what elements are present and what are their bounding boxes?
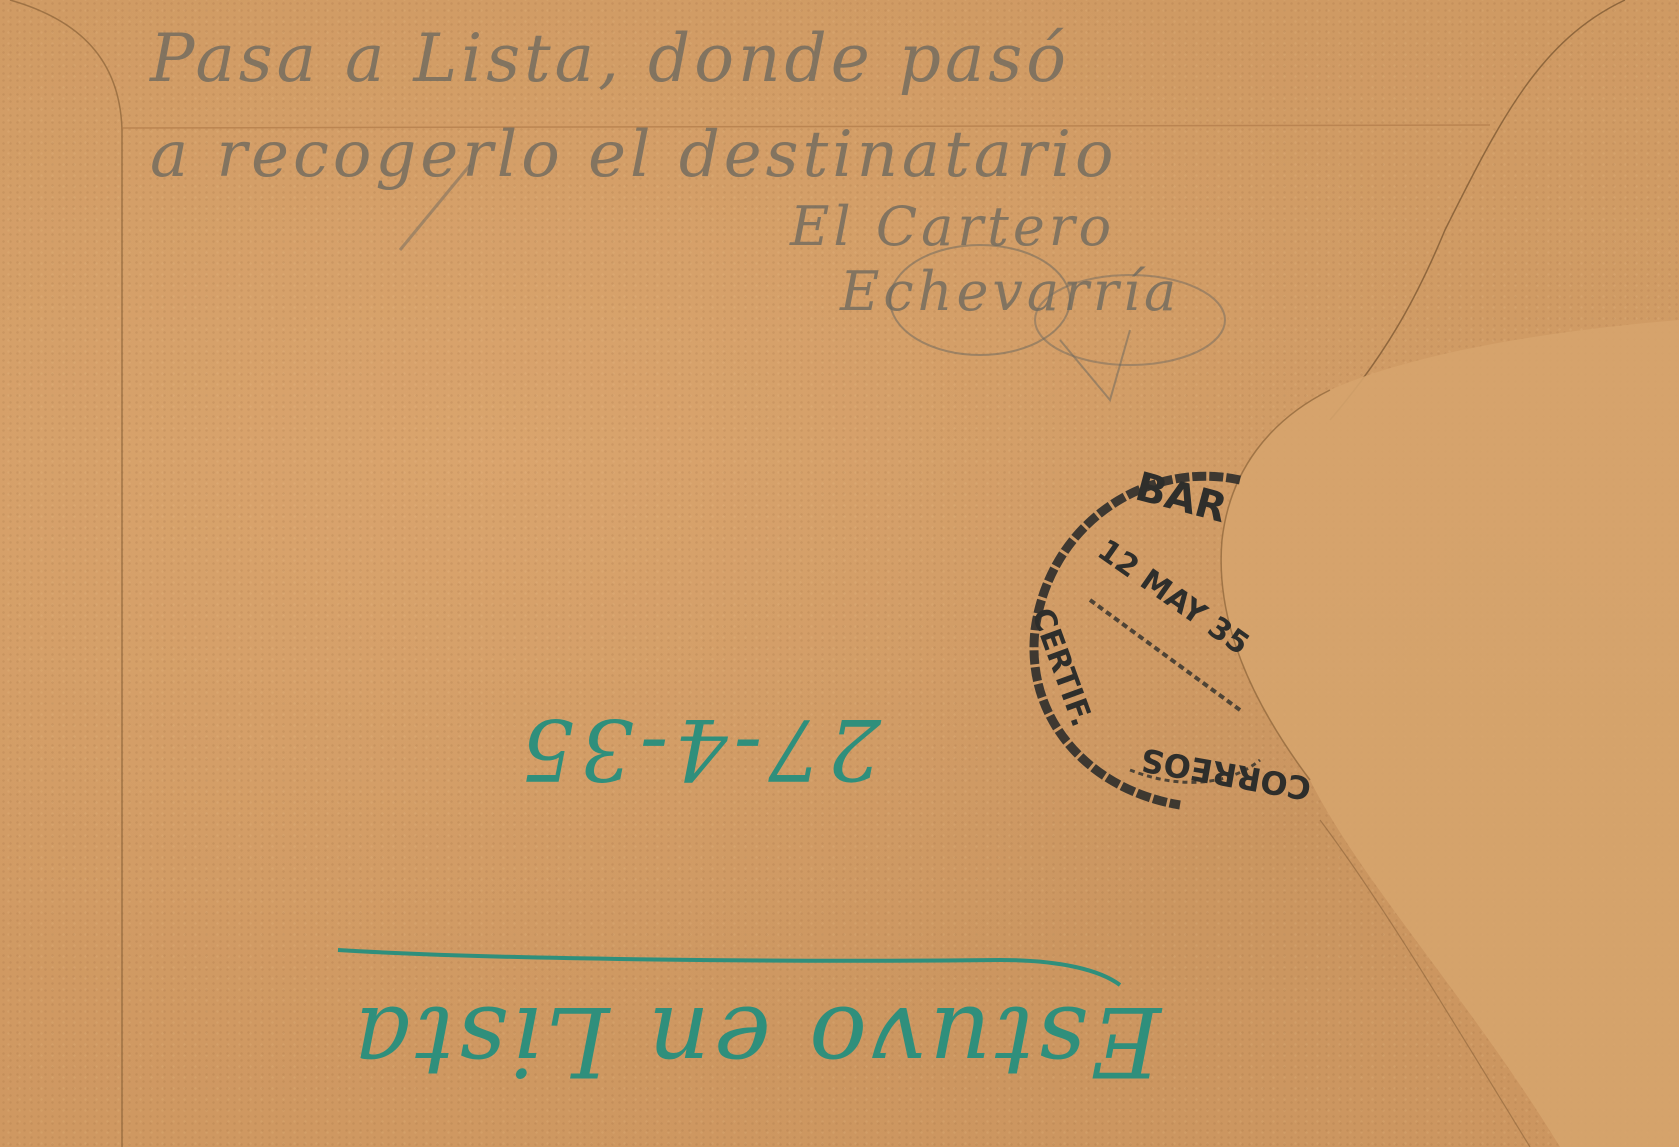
envelope-back: Pasa a Lista, donde pasó a recogerlo el … bbox=[0, 0, 1679, 1147]
green-underline bbox=[0, 0, 1679, 1147]
green-status-note: Estuvo en Lista bbox=[350, 985, 1161, 1097]
